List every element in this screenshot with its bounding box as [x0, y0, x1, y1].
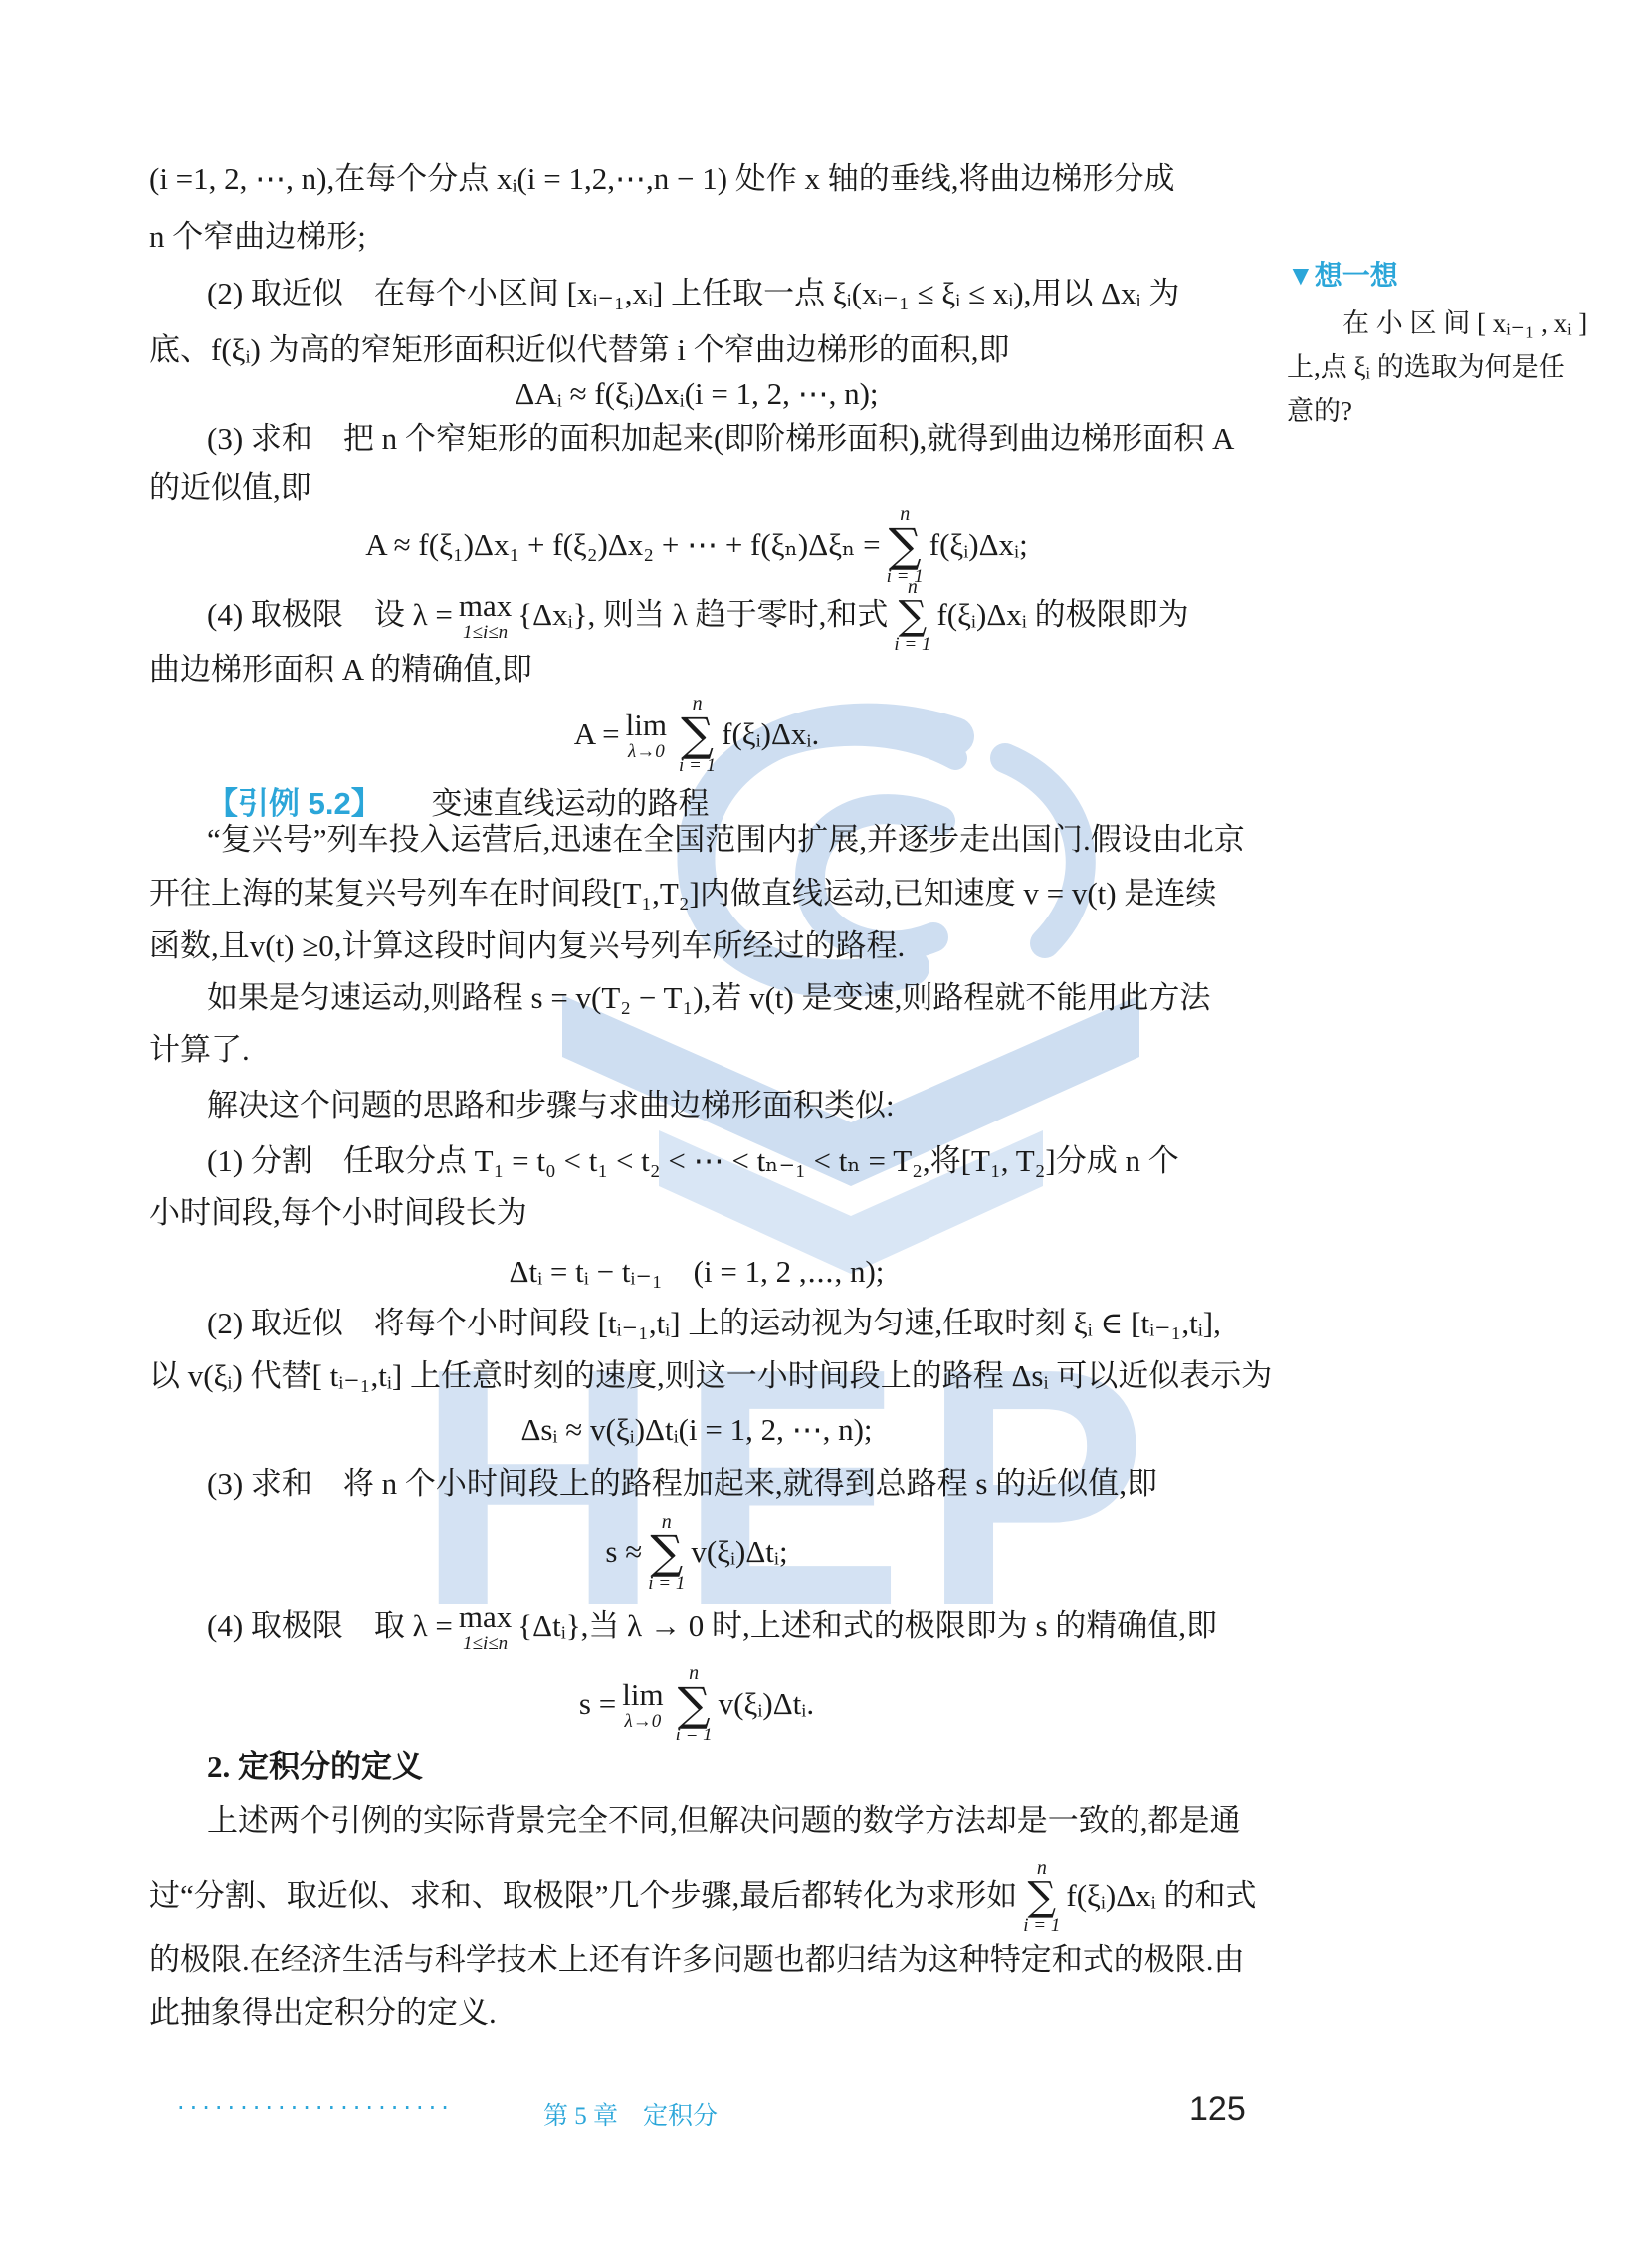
- text-line: (3) 求和 将 n 个小时间段上的路程加起来,就得到总路程 s 的近似值,即: [149, 1462, 1302, 1506]
- text-segment: (4) 取极限 取 λ =: [207, 1604, 453, 1648]
- page-number: 125: [1189, 2090, 1246, 2129]
- formula-text: v(ξᵢ)Δtᵢ.: [719, 1686, 814, 1722]
- text-segment: f(ξᵢ)Δxᵢ 的极限即为: [936, 593, 1188, 637]
- example-label: 【引例 5.2】: [207, 786, 382, 821]
- sum-symbol: n ∑ i = 1: [679, 694, 716, 776]
- sidebar-note-line: 上,点 ξᵢ 的选取为何是任: [1287, 348, 1615, 386]
- text-line: 上述两个引例的实际背景完全不同,但解决问题的数学方法却是一致的,都是通: [149, 1799, 1302, 1843]
- text-line: (1) 分割 任取分点 T₁ = t₀ < t₁ < t₂ < ⋯ < tₙ₋₁…: [149, 1139, 1302, 1183]
- max-operator: max 1≤i≤n: [459, 1599, 512, 1654]
- sum-symbol: n ∑ i = 1: [887, 505, 924, 587]
- formula-text: ΔAᵢ ≈ f(ξᵢ)Δxᵢ(i = 1, 2, ⋯, n);: [515, 376, 878, 412]
- formula-s-limit: s = lim λ→0 n ∑ i = 1 v(ξᵢ)Δtᵢ.: [149, 1656, 1244, 1751]
- footer-dotted-rule: ······················: [177, 2094, 454, 2122]
- lim-operator: lim λ→0: [622, 1677, 663, 1732]
- text-line: 如果是匀速运动,则路程 s = v(T₂ − T₁),若 v(t) 是变速,则路…: [149, 976, 1302, 1020]
- text-line: 底、f(ξᵢ) 为高的窄矩形面积近似代替第 i 个窄曲边梯形的面积,即: [149, 328, 1244, 372]
- formula-s-sum: s ≈ n ∑ i = 1 v(ξᵢ)Δtᵢ;: [149, 1505, 1244, 1600]
- text-line-with-formula: (4) 取极限 取 λ = max 1≤i≤n {Δtᵢ},当 λ → 0 时,…: [149, 1594, 1302, 1658]
- text-line: 曲边梯形面积 A 的精确值,即: [149, 648, 1244, 692]
- text-line: 以 v(ξᵢ) 代替[ tᵢ₋₁,tᵢ] 上任意时刻的速度,则这一小时间段上的路…: [149, 1354, 1244, 1398]
- text-line: 此抽象得出定积分的定义.: [149, 1991, 1244, 2035]
- text-line: 开往上海的某复兴号列车在时间段[T₁,T₂]内做直线运动,已知速度 v = v(…: [149, 872, 1244, 916]
- sidebar-think-title: ▼想一想: [1287, 257, 1615, 295]
- text-segment: {Δxᵢ}, 则当 λ 趋于零时,和式: [517, 593, 888, 637]
- formula-text: s =: [579, 1686, 616, 1722]
- text-line: n 个窄曲边梯形;: [149, 215, 1244, 259]
- example-title: 变速直线运动的路程: [431, 786, 709, 821]
- formula-text: A =: [574, 716, 620, 752]
- text-segment: 过“分割、取近似、求和、取极限”几个步骤,最后都转化为求形如: [149, 1874, 1017, 1918]
- lim-operator: lim λ→0: [626, 708, 667, 762]
- formula-text: Δsᵢ ≈ v(ξᵢ)Δtᵢ(i = 1, 2, ⋯, n);: [520, 1412, 872, 1448]
- formula-area-sum: A ≈ f(ξ₁)Δx₁ + f(ξ₂)Δx₂ + ⋯ + f(ξₙ)Δξₙ =…: [149, 498, 1244, 593]
- textbook-page: HEP (i =1, 2, ⋯, n),在每个分点 xᵢ(i = 1,2,⋯,n…: [0, 0, 1652, 2241]
- text-line: (i =1, 2, ⋯, n),在每个分点 xᵢ(i = 1,2,⋯,n − 1…: [149, 157, 1244, 201]
- formula-text: f(ξᵢ)Δxᵢ;: [929, 527, 1028, 563]
- text-line: 计算了.: [149, 1028, 1244, 1072]
- text-line-with-formula: 过“分割、取近似、求和、取极限”几个步骤,最后都转化为求形如 n ∑ i = 1…: [149, 1859, 1244, 1933]
- text-segment: {Δtᵢ},当 λ → 0 时,上述和式的极限即为 s 的精确值,即: [517, 1604, 1217, 1648]
- formula-delta-area: ΔAᵢ ≈ f(ξᵢ)Δxᵢ(i = 1, 2, ⋯, n);: [149, 372, 1244, 416]
- sum-symbol: n ∑ i = 1: [676, 1663, 713, 1745]
- sum-symbol: n ∑ i = 1: [648, 1512, 685, 1594]
- text-line: (2) 取近似 在每个小区间 [xᵢ₋₁,xᵢ] 上任取一点 ξᵢ(xᵢ₋₁ ≤…: [149, 272, 1302, 315]
- text-line: 函数,且v(t) ≥0,计算这段时间内复兴号列车所经过的路程.: [149, 924, 1244, 968]
- text-segment: (4) 取极限 设 λ =: [207, 593, 453, 637]
- formula-text: Δtᵢ = tᵢ − tᵢ₋₁ (i = 1, 2 ,⋯, n);: [510, 1246, 885, 1291]
- text-line: 小时间段,每个小时间段长为: [149, 1191, 1244, 1235]
- text-line: (3) 求和 把 n 个窄矩形的面积加起来(即阶梯形面积),就得到曲边梯形面积 …: [149, 417, 1302, 461]
- sum-symbol: n ∑ i = 1: [1023, 1858, 1060, 1935]
- text-line: “复兴号”列车投入运营后,迅速在全国范围内扩展,并逐步走出国门.假设由北京: [149, 818, 1302, 862]
- footer-chapter-title: 第 5 章 定积分: [543, 2096, 718, 2132]
- text-segment: f(ξᵢ)Δxᵢ 的和式: [1066, 1874, 1256, 1918]
- text-line: 解决这个问题的思路和步骤与求曲边梯形面积类似:: [149, 1084, 1302, 1127]
- sidebar-note-line: 在 小 区 间 [ xᵢ₋₁ , xᵢ ]: [1287, 305, 1652, 342]
- formula-text: v(ξᵢ)Δtᵢ;: [691, 1534, 787, 1570]
- formula-area-limit: A = lim λ→0 n ∑ i = 1 f(ξᵢ)Δxᵢ.: [149, 687, 1244, 782]
- section-heading: 2. 定积分的定义: [149, 1745, 1302, 1789]
- formula-text: s ≈: [605, 1534, 642, 1570]
- formula-text: f(ξᵢ)Δxᵢ.: [722, 716, 819, 752]
- text-line-with-formula: (4) 取极限 设 λ = max 1≤i≤n {Δxᵢ}, 则当 λ 趋于零时…: [149, 582, 1302, 648]
- max-operator: max 1≤i≤n: [459, 588, 512, 643]
- formula-text: A ≈ f(ξ₁)Δx₁ + f(ξ₂)Δx₂ + ⋯ + f(ξₙ)Δξₙ =: [365, 527, 880, 563]
- text-line: (2) 取近似 将每个小时间段 [tᵢ₋₁,tᵢ] 上的运动视为匀速,任取时刻 …: [149, 1302, 1302, 1345]
- text-line: 的极限.在经济生活与科学技术上还有许多问题也都归结为这种特定和式的极限.由: [149, 1938, 1244, 1982]
- formula-delta-s: Δsᵢ ≈ v(ξᵢ)Δtᵢ(i = 1, 2, ⋯, n);: [149, 1408, 1244, 1452]
- sidebar-note-line: 意的?: [1287, 392, 1615, 430]
- formula-delta-t: Δtᵢ = tᵢ − tᵢ₋₁ (i = 1, 2 ,⋯, n);: [149, 1246, 1244, 1290]
- sum-symbol: n ∑ i = 1: [894, 577, 930, 654]
